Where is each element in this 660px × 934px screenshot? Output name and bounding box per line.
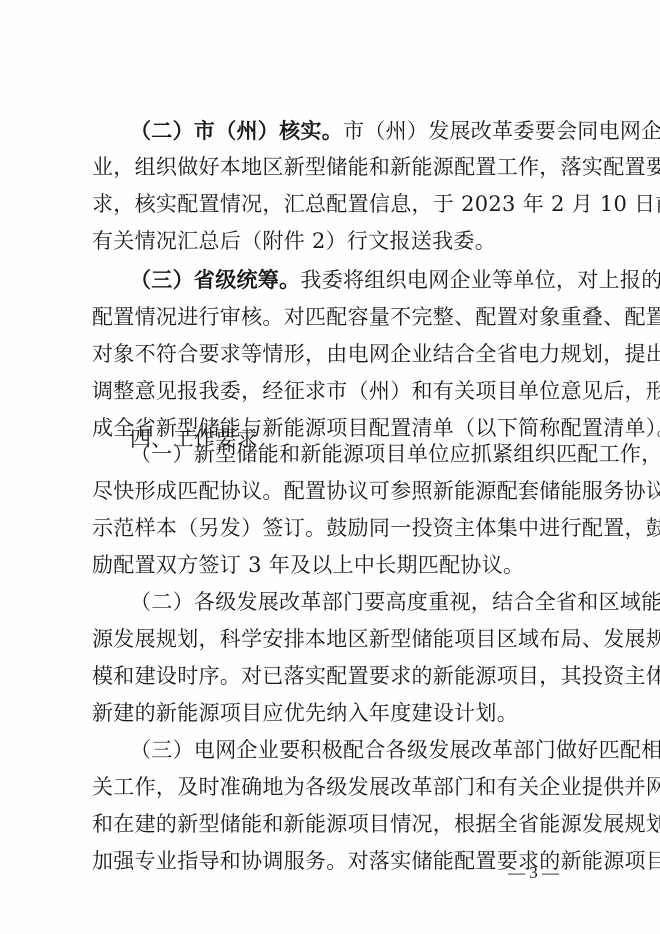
page-number: — 3 —	[508, 862, 559, 884]
section-lead-city-verify: （二）市（州）核实。	[130, 119, 343, 143]
document-page: （二）市（州）核实。市（州）发展改革委要会同电网企 业，组织做好本地区新型储能和…	[0, 0, 660, 934]
paragraph-line: 励配置双方签订 3 年及以上中长期匹配协议。	[92, 550, 576, 580]
paragraph-line: 新建的新能源项目应优先纳入年度建设计划。	[92, 698, 576, 728]
paragraph-line: 配置情况进行审核。对匹配容量不完整、配置对象重叠、配置	[92, 302, 576, 332]
paragraph-line: 加强专业指导和协调服务。对落实储能配置要求的新能源项目，	[92, 846, 576, 876]
paragraph-line: （三）电网企业要积极配合各级发展改革部门做好匹配相	[130, 735, 576, 765]
paragraph-line: 尽快形成匹配协议。配置协议可参照新能源配套储能服务协议	[92, 476, 576, 506]
paragraph-line: （一）新型储能和新能源项目单位应抓紧组织匹配工作，	[130, 439, 576, 469]
paragraph-line: 调整意见报我委，经征求市（州）和有关项目单位意见后，形	[92, 376, 576, 406]
paragraph-line: 模和建设时序。对已落实配置要求的新能源项目，其投资主体	[92, 661, 576, 691]
paragraph-line: 有关情况汇总后（附件 2）行文报送我委。	[92, 226, 576, 256]
paragraph-line: 关工作，及时准确地为各级发展改革部门和有关企业提供并网	[92, 772, 576, 802]
paragraph-line: 业，组织做好本地区新型储能和新能源配置工作，落实配置要	[92, 152, 576, 182]
paragraph-line: 示范样本（另发）签订。鼓励同一投资主体集中进行配置，鼓	[92, 513, 576, 543]
paragraph-line: （二）各级发展改革部门要高度重视，结合全省和区域能	[130, 587, 576, 617]
section-lead-province: （三）省级统筹。	[130, 268, 300, 292]
paragraph-line: 和在建的新型储能和新能源项目情况，根据全省能源发展规划	[92, 809, 576, 839]
paragraph-line: 对象不符合要求等情形，由电网企业结合全省电力规划，提出	[92, 339, 576, 369]
paragraph-line: 源发展规划，科学安排本地区新型储能项目区域布局、发展规	[92, 624, 576, 654]
paragraph-line: （二）市（州）核实。市（州）发展改革委要会同电网企	[130, 116, 576, 146]
paragraph-line: 求，核实配置情况，汇总配置信息，于 2023 年 2 月 10 日前将	[92, 189, 576, 219]
paragraph-line: （三）省级统筹。我委将组织电网企业等单位，对上报的	[130, 265, 576, 295]
